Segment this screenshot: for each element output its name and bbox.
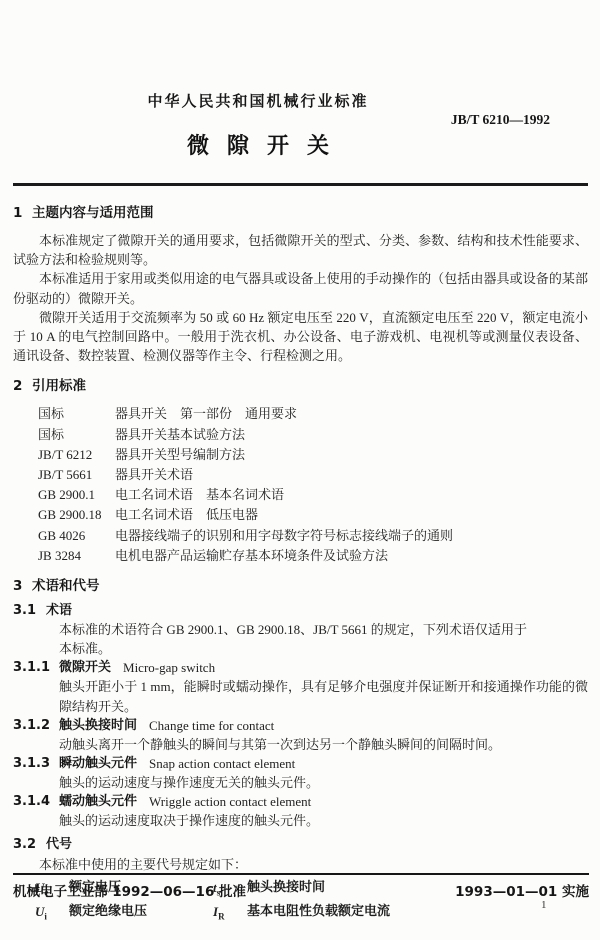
term-number: 3.1.4 xyxy=(13,792,59,811)
term-name-en: Change time for contact xyxy=(149,716,274,735)
section-1-heading: 1 主题内容与适用范围 xyxy=(13,205,588,222)
reference-code: JB/T 5661 xyxy=(38,465,115,485)
standard-org-line: 中华人民共和国机械行业标准 xyxy=(13,90,503,111)
reference-title: 电工名词术语 基本名词术语 xyxy=(115,485,284,505)
term-definition: 动触头离开一个静触头的瞬间与其第一次到达另一个静触头瞬间的间隔时间。 xyxy=(59,735,588,754)
term-number: 3.1.1 xyxy=(13,658,59,677)
reference-code: JB/T 6212 xyxy=(38,445,115,465)
section-3-title: 术语和代号 xyxy=(32,578,100,595)
term-name-en: Snap action contact element xyxy=(149,754,295,773)
symbols-intro: 本标准中使用的主要代号规定如下： xyxy=(13,855,588,874)
term-definition: 触头的运动速度取决于操作速度的触头元件。 xyxy=(59,811,588,830)
reference-code: 国标 xyxy=(38,404,115,424)
section-3-heading: 3 术语和代号 xyxy=(13,578,588,595)
section-1-paragraph: 本标准适用于家用或类似用途的电气器具或设备上使用的手动操作的（包括由器具或设备的… xyxy=(13,269,588,307)
document-title: 微隙开关 xyxy=(13,129,503,160)
reference-row: GB 2900.1 电工名词术语 基本名词术语 xyxy=(38,485,588,505)
term-name-en: Micro-gap switch xyxy=(123,658,215,677)
term-row: 3.1.3 瞬动触头元件 Snap action contact element xyxy=(13,754,588,773)
footer: 机械电子工业部 1992—06—16 批准 1993—01—01 实施 xyxy=(13,880,589,900)
term-row: 3.1.2 触头换接时间 Change time for contact xyxy=(13,716,588,735)
section-1-paragraph: 本标准规定了微隙开关的通用要求，包括微隙开关的型式、分类、参数、结构和技术性能要… xyxy=(13,231,588,269)
reference-code: GB 2900.1 xyxy=(38,485,115,505)
term-number: 3.1.3 xyxy=(13,754,59,773)
footer-rule xyxy=(13,873,589,875)
reference-row: GB 4026 电器接线端子的识别和用字母数字符号标志接线端子的通则 xyxy=(38,526,588,546)
reference-row: 国标 器具开关 第一部份 通用要求 xyxy=(38,404,588,424)
section-3-number: 3 xyxy=(13,578,32,595)
section-2-number: 2 xyxy=(13,378,32,395)
term-name-en: Wriggle action contact element xyxy=(149,792,311,811)
reference-row: 国标 器具开关基本试验方法 xyxy=(38,425,588,445)
reference-code: GB 2900.18 xyxy=(38,505,115,525)
reference-title: 器具开关 第一部份 通用要求 xyxy=(115,404,297,424)
page-number: 1 xyxy=(541,899,547,911)
subsection-3-1-title: 术语 xyxy=(46,601,72,620)
symbol-item: Ui 额定绝缘电压 xyxy=(35,902,213,927)
term-row: 3.1.1 微隙开关 Micro-gap switch xyxy=(13,658,588,677)
subsection-3-2-heading: 3.2 代号 xyxy=(13,835,588,854)
term-name-zh: 蠕动触头元件 xyxy=(59,792,137,811)
term-row: 3.1.4 蠕动触头元件 Wriggle action contact elem… xyxy=(13,792,588,811)
reference-title: 电机电器产品运输贮存基本环境条件及试验方法 xyxy=(115,546,388,566)
subsection-3-2-title: 代号 xyxy=(46,835,72,854)
reference-row: JB 3284 电机电器产品运输贮存基本环境条件及试验方法 xyxy=(38,546,588,566)
symbol-glyph: IR xyxy=(213,902,247,927)
term-number: 3.1.2 xyxy=(13,716,59,735)
reference-row: JB/T 5661 器具开关术语 xyxy=(38,465,588,485)
standard-number: JB/T 6210—1992 xyxy=(451,112,550,128)
term-name-zh: 瞬动触头元件 xyxy=(59,754,137,773)
reference-row: GB 2900.18 电工名词术语 低压电器 xyxy=(38,505,588,525)
approval-note: 机械电子工业部 1992—06—16 批准 xyxy=(13,880,246,900)
symbol-description: 额定绝缘电压 xyxy=(69,902,147,927)
reference-row: JB/T 6212 器具开关型号编制方法 xyxy=(38,445,588,465)
reference-title: 电工名词术语 低压电器 xyxy=(115,505,258,525)
document-page: 中华人民共和国机械行业标准 JB/T 6210—1992 微隙开关 1 主题内容… xyxy=(0,0,600,940)
symbol-item: IR 基本电阻性负载额定电流 xyxy=(213,902,588,927)
term-definition: 触头的运动速度与操作速度无关的触头元件。 xyxy=(59,773,588,792)
section-2-title: 引用标准 xyxy=(32,378,86,395)
document-body: 1 主题内容与适用范围 本标准规定了微隙开关的通用要求，包括微隙开关的型式、分类… xyxy=(13,197,588,927)
subsection-3-1-body: 本标准的术语符合 GB 2900.1、GB 2900.18、JB/T 5661 … xyxy=(59,620,527,658)
subsection-3-1-heading: 3.1 术语 xyxy=(13,601,588,620)
reference-code: GB 4026 xyxy=(38,526,115,546)
reference-list: 国标 器具开关 第一部份 通用要求 国标 器具开关基本试验方法 JB/T 621… xyxy=(38,404,588,566)
reference-title: 器具开关型号编制方法 xyxy=(115,445,245,465)
term-name-zh: 触头换接时间 xyxy=(59,716,137,735)
symbol-description: 基本电阻性负载额定电流 xyxy=(247,902,390,927)
implementation-note: 1993—01—01 实施 xyxy=(455,880,589,900)
term-definition: 触头开距小于 1 mm，能瞬时或蠕动操作，具有足够介电强度并保证断开和接通操作功… xyxy=(59,677,588,715)
section-1-number: 1 xyxy=(13,205,32,222)
term-name-zh: 微隙开关 xyxy=(59,658,111,677)
section-1-title: 主题内容与适用范围 xyxy=(32,205,154,222)
section-1-paragraph: 微隙开关适用于交流频率为 50 或 60 Hz 额定电压至 220 V，直流额定… xyxy=(13,308,588,366)
subsection-3-1-number: 3.1 xyxy=(13,601,46,620)
reference-title: 电器接线端子的识别和用字母数字符号标志接线端子的通则 xyxy=(115,526,453,546)
reference-code: JB 3284 xyxy=(38,546,115,566)
reference-code: 国标 xyxy=(38,425,115,445)
section-2-heading: 2 引用标准 xyxy=(13,378,588,395)
subsection-3-2-number: 3.2 xyxy=(13,835,46,854)
reference-title: 器具开关基本试验方法 xyxy=(115,425,245,445)
symbol-glyph: Ui xyxy=(35,902,69,927)
header-rule xyxy=(13,183,588,186)
reference-title: 器具开关术语 xyxy=(115,465,193,485)
